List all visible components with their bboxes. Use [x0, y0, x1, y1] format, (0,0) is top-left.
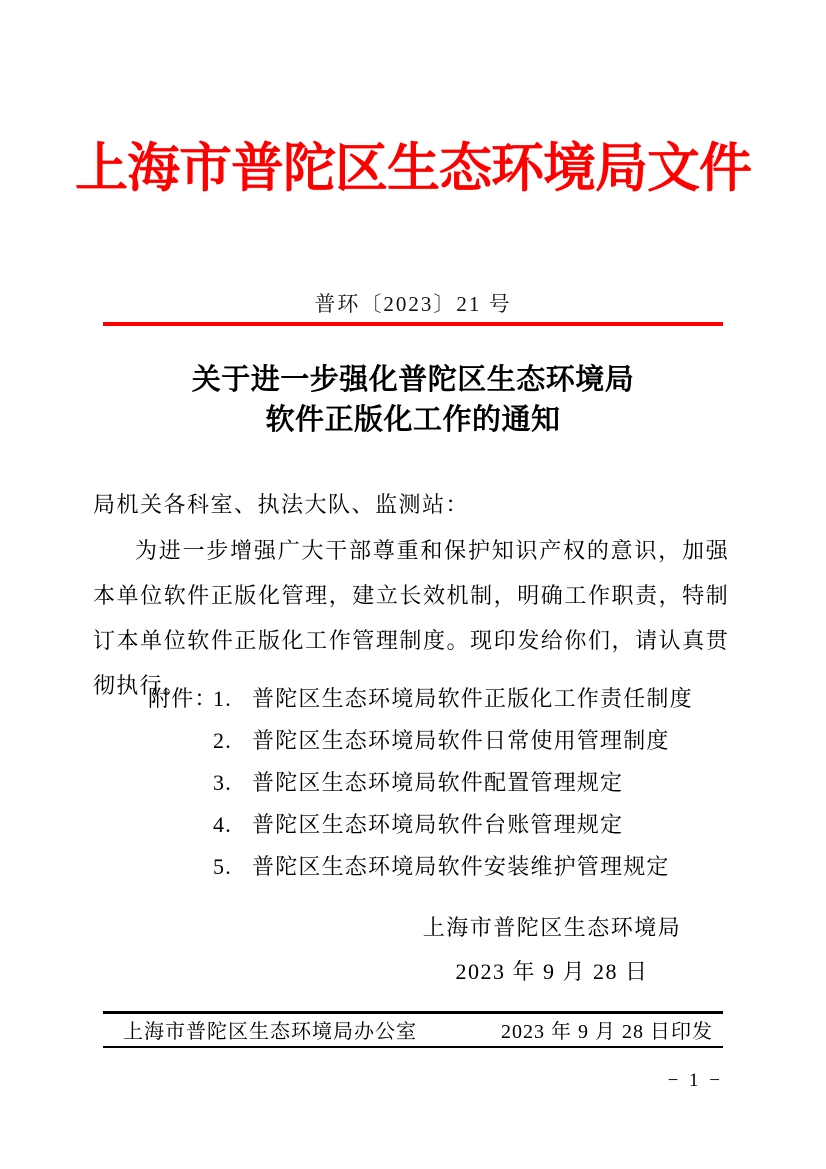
document-page: 上海市普陀区生态环境局文件 普环〔2023〕21 号 关于进一步强化普陀区生态环…	[0, 0, 826, 1169]
attachment-number: 2.	[213, 720, 252, 762]
attachment-number: 3.	[213, 762, 252, 804]
signature-org: 上海市普陀区生态环境局	[420, 906, 684, 950]
red-separator-line	[103, 322, 723, 326]
document-number: 普环〔2023〕21 号	[0, 288, 826, 318]
footer-office: 上海市普陀区生态环境局办公室	[123, 1015, 417, 1044]
attachment-text: 普陀区生态环境局软件安装维护管理规定	[252, 854, 670, 879]
document-title-line2: 软件正版化工作的通知	[0, 400, 826, 440]
footer-bar: 上海市普陀区生态环境局办公室 2023 年 9 月 28 日印发	[103, 1011, 723, 1048]
page-number: − 1 −	[668, 1070, 723, 1092]
salutation: 局机关各科室、执法大队、监测站：	[93, 488, 469, 519]
attachments-list: 附件：1.普陀区生态环境局软件正版化工作责任制度 2.普陀区生态环境局软件日常使…	[93, 678, 729, 888]
attachment-item: 附件：1.普陀区生态环境局软件正版化工作责任制度	[93, 678, 729, 720]
attachment-item: 4.普陀区生态环境局软件台账管理规定	[93, 804, 729, 846]
attachment-item: 3.普陀区生态环境局软件配置管理规定	[93, 762, 729, 804]
footer-print-date: 2023 年 9 月 28 日印发	[501, 1015, 713, 1044]
document-title-line1: 关于进一步强化普陀区生态环境局	[0, 360, 826, 400]
signature-block: 上海市普陀区生态环境局 2023 年 9 月 28 日	[420, 906, 684, 994]
attachment-text: 普陀区生态环境局软件配置管理规定	[252, 770, 623, 795]
attachment-text: 普陀区生态环境局软件正版化工作责任制度	[252, 686, 693, 711]
attachments-label: 附件：	[148, 678, 213, 720]
attachment-text: 普陀区生态环境局软件台账管理规定	[252, 812, 623, 837]
attachment-number: 1.	[213, 678, 252, 720]
footer-row: 上海市普陀区生态环境局办公室 2023 年 9 月 28 日印发	[103, 1014, 723, 1046]
attachment-number: 5.	[213, 846, 252, 888]
attachment-number: 4.	[213, 804, 252, 846]
document-title: 关于进一步强化普陀区生态环境局 软件正版化工作的通知	[0, 360, 826, 440]
signature-date: 2023 年 9 月 28 日	[420, 950, 684, 994]
attachment-item: 2.普陀区生态环境局软件日常使用管理制度	[93, 720, 729, 762]
attachment-item: 5.普陀区生态环境局软件安装维护管理规定	[93, 846, 729, 888]
document-header-title: 上海市普陀区生态环境局文件	[0, 126, 826, 202]
attachment-text: 普陀区生态环境局软件日常使用管理制度	[252, 728, 670, 753]
